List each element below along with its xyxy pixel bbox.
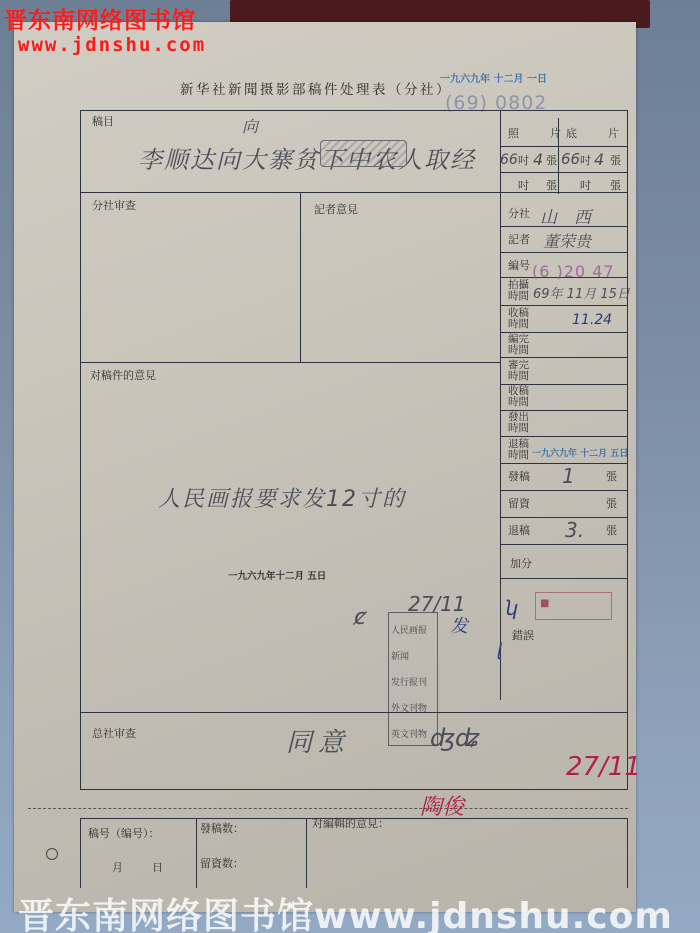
tearoff-manuscript-label: 稿号（编号）：: [88, 828, 160, 840]
review-done-time-label: 審完時間: [508, 360, 530, 382]
date-stamp-top: 一九六九年 十二月 一日: [440, 70, 547, 85]
negative-row2-count-unit: 張: [610, 180, 621, 192]
negative-size-value: 66: [561, 150, 580, 168]
routing-stamp-rows: 人民画报 新闻 发行报刊 外文刊物 英文刊物: [391, 618, 435, 748]
watermark-top-url: www.jdnshu.com: [18, 34, 206, 56]
sent-count-label: 發稿: [508, 471, 530, 483]
number-value: (6 )20 47: [532, 262, 615, 281]
photo-size-unit: 吋: [518, 155, 529, 167]
photo-row1-line: [500, 146, 628, 147]
frame-top: [80, 110, 628, 111]
frame-bottom: [80, 789, 628, 790]
number-label: 編号: [508, 260, 530, 272]
rp-line-12: [500, 517, 628, 518]
watermark-top-title: 晋东南网络图书馆: [4, 2, 196, 35]
tearoff-right: [627, 818, 628, 888]
branch-review-label: 分社审查: [92, 200, 136, 212]
rp-line-11: [500, 490, 628, 491]
edit-done-time-label: 編完時間: [508, 334, 530, 356]
punch-hole: [46, 848, 58, 860]
rp-line-2: [500, 252, 628, 253]
red-stamp-text: ■: [540, 598, 549, 609]
hq-review-top-line: [80, 712, 628, 713]
tearoff-divider-1: [196, 818, 197, 888]
frame-left: [80, 110, 81, 790]
branch-label: 分社: [508, 208, 530, 220]
watermark-bottom: 晋东南网络图书馆www.jdnshu.com: [18, 888, 673, 933]
negative-count-value: 4: [594, 150, 604, 169]
returned-count-unit: 張: [606, 525, 617, 537]
bonus-label: 加分: [510, 558, 532, 570]
kept-count-unit: 張: [606, 498, 617, 510]
kept-count-label: 留資: [508, 498, 530, 510]
manuscript-opinion-handwritten: 人民画报要求发12寸的: [158, 482, 406, 513]
tearoff-red-signature: 陶俊: [420, 790, 464, 821]
strikethrough-box: [320, 140, 407, 167]
routing-mark-left: ȼ: [354, 605, 366, 630]
rp-line-13: [500, 544, 628, 545]
manuscript-opinion-label: 对稿件的意見: [90, 370, 156, 382]
routing-row-5: 英文刊物: [391, 722, 435, 748]
subject-bottom-line: [80, 192, 628, 193]
tearoff-kept-label: 留資数：: [200, 858, 244, 870]
tearoff-editor-opinion-label: 对編輯的意見：: [312, 818, 389, 830]
tearoff-month-label: 月: [112, 862, 123, 874]
routing-handwritten-mark: 发: [450, 612, 468, 638]
routing-row-2: 新闻: [391, 644, 435, 670]
negative-count-unit: 張: [610, 155, 621, 167]
tearoff-day-label: 日: [152, 862, 163, 874]
photo-header: 照 片: [508, 128, 564, 140]
subject-correction: 向: [242, 114, 258, 137]
reporter-label: 記者: [508, 234, 530, 246]
return-time-stamp: 一九六九年 十二月 五日: [532, 446, 628, 459]
photo-row2-unit: 吋: [518, 180, 529, 192]
negative-row2-unit: 吋: [580, 180, 591, 192]
review-divider: [300, 192, 301, 362]
tearoff-sent-label: 發稿数：: [200, 823, 244, 835]
hq-red-date: 27/11: [566, 752, 641, 782]
right-panel-divider: [500, 110, 501, 700]
opinion-date-stamp: 一九六九年十二月 五日: [228, 568, 326, 582]
receive-time-label: 收稿時間: [508, 308, 530, 330]
receive-time2-label: 收稿時間: [508, 386, 530, 408]
hq-signature: ʤʥ: [430, 724, 480, 752]
return-time-label: 退稿時間: [508, 439, 530, 461]
form-title: 新华社新聞摄影部稿件处理表（分社）: [180, 78, 452, 98]
hq-review-handwritten: 同意: [286, 722, 350, 759]
routing-row-1: 人民画报: [391, 618, 435, 644]
reporter-opinion-label: 記者意見: [314, 204, 358, 216]
send-time-label: 發出時間: [508, 412, 530, 434]
routing-row-3: 发行报刊: [391, 670, 435, 696]
subject-handwritten: 李顺达向大寨贫下中农人取经: [138, 140, 476, 175]
tear-line: [28, 808, 628, 809]
negative-size-unit: 吋: [580, 155, 591, 167]
rp-line-4: [500, 305, 628, 306]
error-handwritten-2: ɭ: [497, 640, 502, 661]
shoot-time-value: 69年 11月 15日: [533, 283, 630, 302]
routing-row-4: 外文刊物: [391, 696, 435, 722]
returned-count-label: 退稿: [508, 525, 530, 537]
photo-count-unit: 張: [546, 155, 557, 167]
photo-count-value: 4: [533, 150, 543, 169]
photo-row2-count-unit: 張: [546, 180, 557, 192]
receive-time-value: 11.24: [572, 312, 612, 328]
rp-line-6: [500, 357, 628, 358]
tearoff-left: [80, 818, 81, 888]
sent-count-value: 1: [562, 464, 575, 488]
error-label: 錯誤: [512, 630, 534, 642]
subject-label: 稿目: [92, 116, 114, 128]
sent-count-unit: 張: [606, 471, 617, 483]
tearoff-divider-2: [306, 818, 307, 888]
returned-count-value: 3.: [565, 518, 584, 542]
reporter-value: 董荣贵: [543, 229, 591, 252]
hq-review-label: 总社审查: [92, 728, 136, 740]
opinion-top-line: [80, 362, 500, 363]
photo-size-value: 66: [500, 152, 518, 168]
negative-header: 底 片: [566, 128, 622, 140]
rp-line-14: [500, 578, 628, 579]
branch-value: 山 西: [540, 203, 591, 228]
shoot-time-label: 拍攝時間: [508, 280, 530, 302]
error-handwritten-1: ʮ: [505, 596, 516, 620]
photo-row2-line: [500, 172, 628, 173]
rp-line-9: [500, 436, 628, 437]
